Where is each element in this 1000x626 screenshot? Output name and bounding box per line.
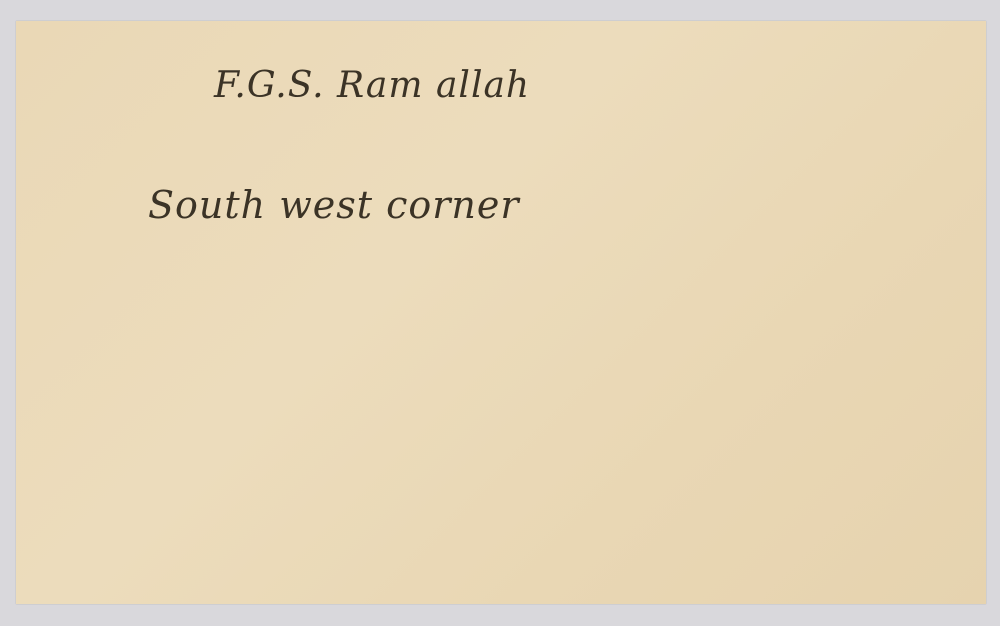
handwritten-heading: F.G.S. Ram allah: [214, 65, 530, 106]
index-card: F.G.S. Ram allah South west corner: [16, 21, 986, 604]
handwritten-location: South west corner: [148, 183, 520, 227]
